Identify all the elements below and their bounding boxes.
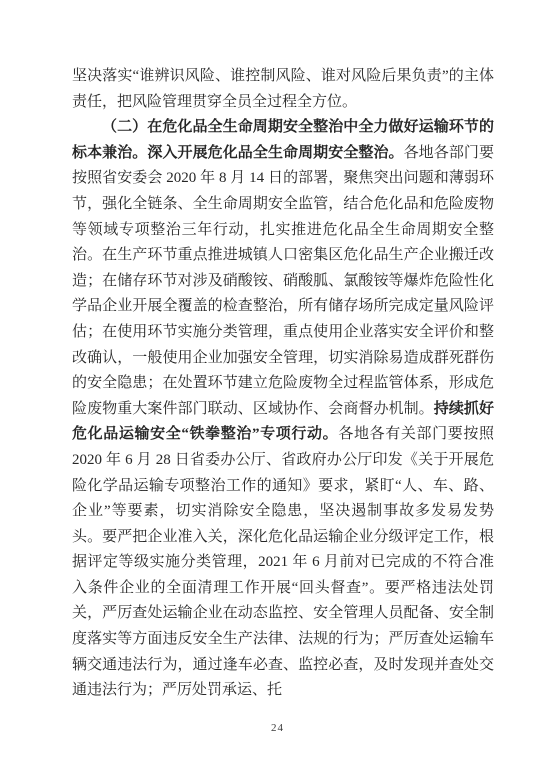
document-body: 坚决落实“谁辨识风险、谁控制风险、谁对风险后果负责”的主体责任，把风险管理贯穿全… — [72, 64, 494, 704]
document-page: 坚决落实“谁辨识风险、谁控制风险、谁对风险后果负责”的主体责任，把风险管理贯穿全… — [0, 0, 555, 784]
text-run: 坚决落实“谁辨识风险、谁控制风险、谁对风险后果负责”的主体责任，把风险管理贯穿全… — [72, 68, 494, 110]
paragraph: （二）在危化品全生命周期安全整治中全力做好运输环节的标本兼治。深入开展危化品全生… — [72, 115, 494, 704]
text-run: 各地各部门要按照省安委会 2020 年 8 月 14 日的部署，聚焦突出问题和薄… — [72, 145, 494, 417]
text-run: 各地各有关部门要按照 2020 年 6 月 28 日省委办公厅、省政府办公厅印发… — [72, 426, 494, 698]
paragraph: 坚决落实“谁辨识风险、谁控制风险、谁对风险后果负责”的主体责任，把风险管理贯穿全… — [72, 64, 494, 115]
page-number: 24 — [0, 722, 555, 734]
